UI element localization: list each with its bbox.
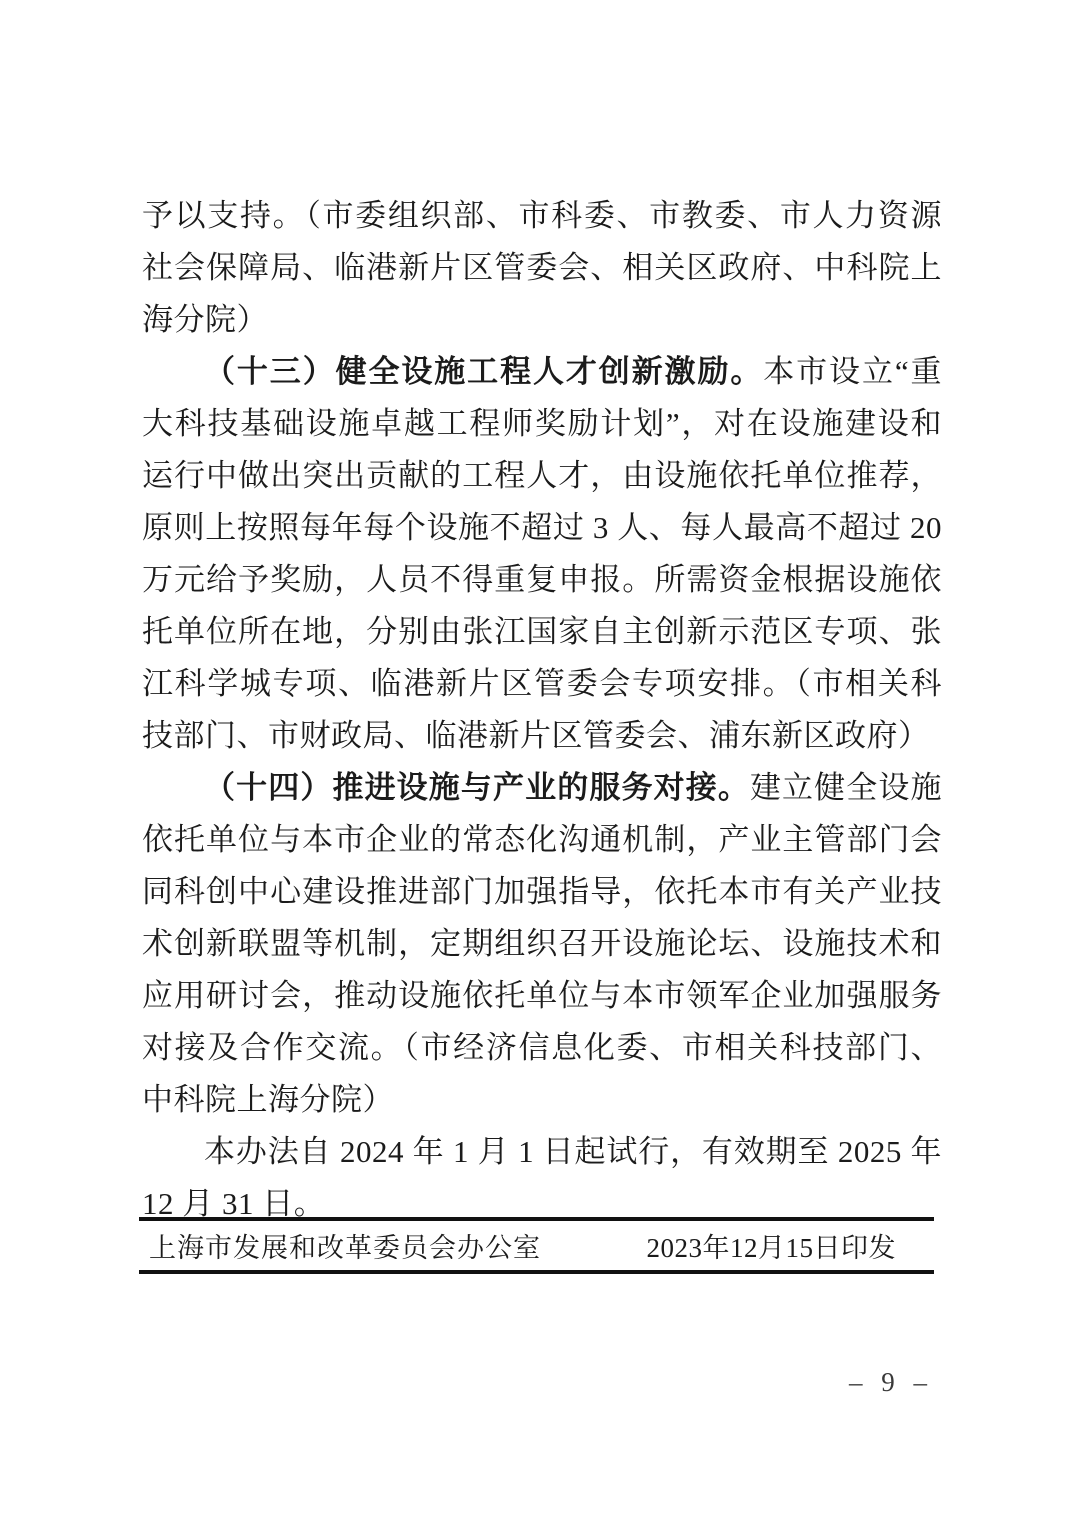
body-paragraph: （十三）健全设施工程人才创新激励。本市设立“重大科技基础设施卓越工程师奖励计划”… [142,346,942,762]
paragraph-heading: （十四）推进设施与产业的服务对接。 [204,770,750,805]
body-paragraph: 予以支持。（市委组织部、市科委、市教委、市人力资源社会保障局、临港新片区管委会、… [142,190,942,346]
document-footer: 上海市发展和改革委员会办公室 2023年12月15日印发 [139,1217,934,1274]
page-number: – 9 – [849,1367,933,1398]
body-paragraph: （十四）推进设施与产业的服务对接。建立健全设施依托单位与本市企业的常态化沟通机制… [142,762,942,1126]
document-page: 予以支持。（市委组织部、市科委、市教委、市人力资源社会保障局、临港新片区管委会、… [0,0,1080,1528]
footer-row: 上海市发展和改革委员会办公室 2023年12月15日印发 [139,1221,934,1270]
body-paragraph: 本办法自 2024 年 1 月 1 日起试行，有效期至 2025 年 12 月 … [142,1126,942,1230]
footer-print-date: 2023年12月15日印发 [647,1226,897,1265]
document-body: 予以支持。（市委组织部、市科委、市教委、市人力资源社会保障局、临港新片区管委会、… [142,190,942,1230]
footer-issuer: 上海市发展和改革委员会办公室 [149,1226,541,1265]
footer-rule-bottom [139,1270,934,1274]
paragraph-heading: （十三）健全设施工程人才创新激励。 [204,354,763,389]
